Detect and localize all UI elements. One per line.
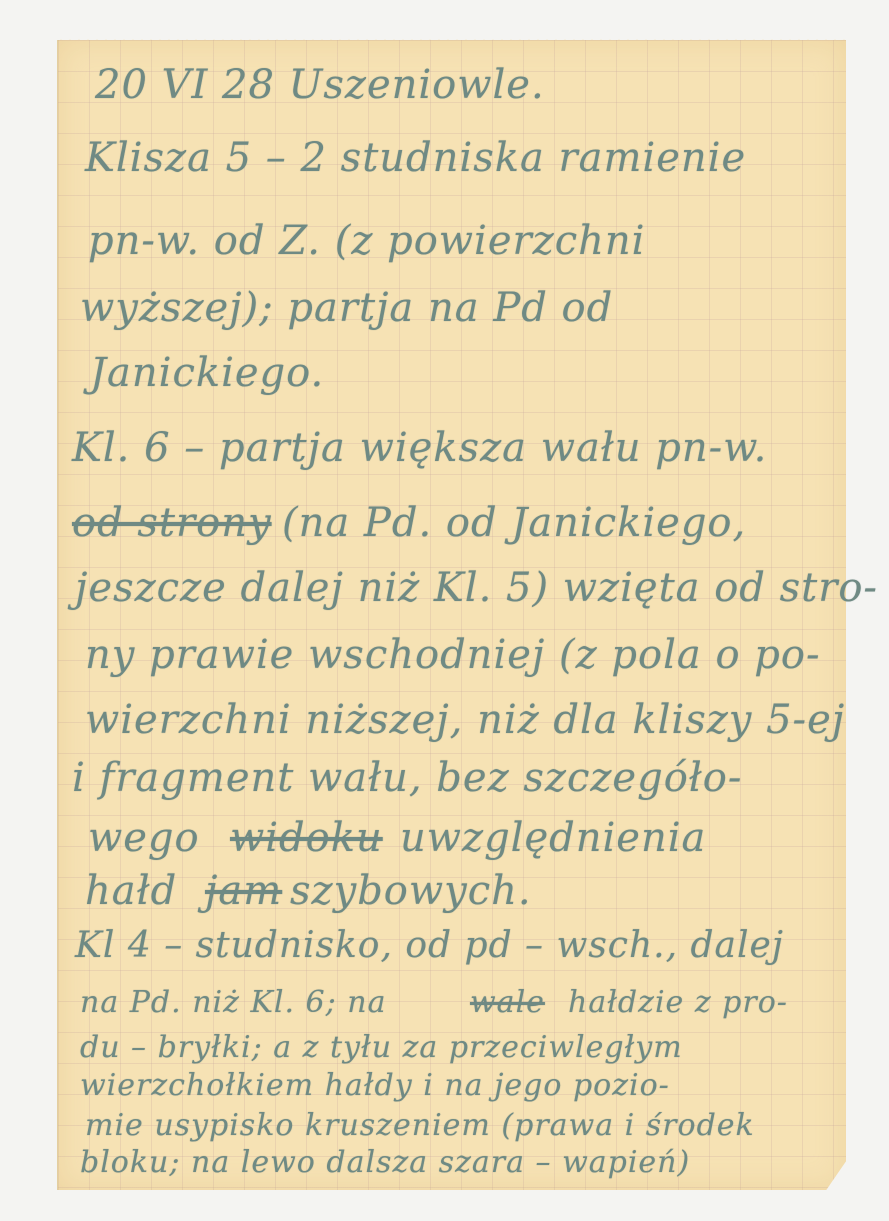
handwritten-line: szybowych. (290, 868, 532, 914)
handwritten-line: wyższej); partja na Pd od (80, 285, 613, 331)
handwritten-line: wierzchołkiem hałdy i na jego pozio- (80, 1068, 670, 1103)
handwritten-line: hałd (85, 868, 177, 914)
handwritten-line: Klisza 5 – 2 studniska ramienie (85, 135, 746, 181)
struck-text: od strony (72, 500, 272, 546)
handwritten-line: ny prawie wschodniej (z pola o po- (85, 632, 820, 678)
handwritten-line: na Pd. niż Kl. 6; na (80, 985, 386, 1020)
handwritten-line: hałdzie z pro- (568, 985, 788, 1020)
handwritten-line: bloku; na lewo dalsza szara – wapień) (80, 1145, 690, 1180)
handwritten-line: Kl. 6 – partja większa wału pn-w. (72, 425, 767, 471)
handwritten-line: i fragment wału, bez szczegóło- (72, 755, 742, 801)
struck-text: jam (205, 868, 282, 914)
handwritten-line: 20 VI 28 Uszeniowle. (95, 62, 545, 108)
handwritten-line: uwzględnienia (400, 815, 706, 861)
handwritten-line: pn-w. od Z. (z powierzchni (88, 218, 645, 264)
struck-text: wale (470, 985, 545, 1020)
handwritten-line: mie usypisko kruszeniem (prawa i środek (85, 1108, 755, 1143)
struck-text: widoku (230, 815, 383, 861)
handwritten-line: jeszcze dalej niż Kl. 5) wzięta od stro- (75, 565, 878, 611)
handwritten-line: du – bryłki; a z tyłu za przeciwległym (80, 1030, 683, 1065)
handwritten-line: Janickiego. (90, 350, 324, 396)
handwritten-line: Kl 4 – studnisko, od pd – wsch., dalej (75, 925, 784, 966)
handwritten-line: wierzchni niższej, niż dla kliszy 5-ej (85, 697, 845, 743)
handwritten-line: (na Pd. od Janickiego, (282, 500, 746, 546)
handwritten-line: wego (88, 815, 200, 861)
